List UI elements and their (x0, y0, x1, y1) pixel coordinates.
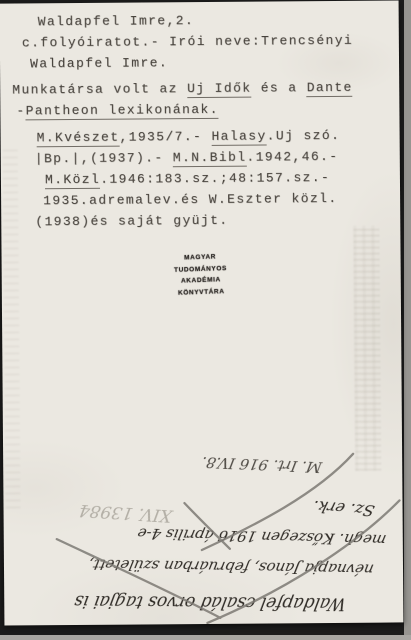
underlined-text: M.Kvészet (37, 130, 120, 148)
typed-text: - (16, 103, 25, 118)
underlined-text: Uj Idők (187, 81, 252, 99)
library-stamp: MAGYAR TUDOMÁNYOS AKADÉMIA KÖNYVTÁRA (163, 251, 239, 299)
scanner-edge-bottom (0, 635, 411, 640)
underlined-text: Dante (307, 80, 353, 97)
typed-text: Waldapfel Imre. (30, 55, 168, 71)
typed-text: Munkatársa volt az (12, 81, 187, 97)
underlined-text: Pantheon lexikonának. (26, 102, 219, 121)
typed-text-block: Waldapfel Imre,2.c.folyóiratot.- Irói ne… (12, 8, 394, 232)
typed-line: |Bp.|,(1937).- M.N.Bibl.1942,46.- (35, 145, 393, 169)
catalog-card: Waldapfel Imre,2.c.folyóiratot.- Irói ne… (0, 0, 403, 625)
handwritten-note-sz-erk: Sz. erk. (281, 494, 405, 522)
handwritten-note-m-irt: M. Irt. 916 IV.8. (168, 451, 356, 477)
bleedthrough-right (353, 226, 381, 471)
handwritten-line-3: Waldapfel család orvos tagjai is (38, 590, 382, 613)
typed-line: c.folyóiratot.- Irói neve:Trencsényi (22, 29, 392, 53)
handwritten-line-2: névnapja János, februárban született, (50, 555, 411, 579)
typed-text: (1938)és saját gyüjt. (35, 213, 228, 230)
typed-line: Munkatársa volt az Uj Idők és a Dante (12, 76, 392, 100)
scan-viewport: Waldapfel Imre,2.c.folyóiratot.- Irói ne… (0, 0, 411, 640)
stamp-line-2: TUDOMÁNYOS AKADÉMIA (163, 262, 238, 288)
underlined-text: M.N.Bibl (173, 150, 247, 168)
typed-text: c.folyóiratot.- Irói neve:Trencsényi (22, 33, 353, 51)
typed-text: Waldapfel Imre,2. (38, 13, 195, 29)
handwritten-catalog-number: XIV. 13984 (55, 498, 196, 526)
scanner-edge-right (404, 0, 411, 640)
typed-line: M.Kvészet,1935/7.- Halasy.Uj szó. (37, 124, 393, 148)
typed-text: 1935.adremalev.és W.Eszter közl. (43, 191, 338, 208)
typed-line: 1935.adremalev.és W.Eszter közl. (43, 187, 393, 211)
typed-text: .Uj szó. (267, 128, 341, 144)
handwritten-line-1: megh. Kőszegen 1916 április 4-e (118, 524, 406, 550)
typed-line: Waldapfel Imre. (30, 50, 392, 74)
stamp-line-3: KÖNYVTÁRA (164, 285, 238, 299)
typed-line: -Pantheon lexikonának. (16, 97, 392, 121)
typed-text: |Bp.|,(1937).- (35, 150, 173, 166)
typed-line: Waldapfel Imre,2. (38, 8, 392, 32)
typed-text: .1946:183.sz.;48:157.sz.- (100, 170, 330, 187)
typed-text: és a (251, 80, 306, 95)
typed-line: M.Közl.1946:183.sz.;48:157.sz.- (45, 166, 393, 190)
typed-text: .1942,46.- (246, 149, 338, 165)
typed-line: (1938)és saját gyüjt. (35, 208, 393, 232)
underlined-text: M.Közl (45, 172, 100, 189)
typed-text: ,1935/7.- (119, 129, 211, 145)
underlined-text: Halasy (211, 128, 266, 145)
